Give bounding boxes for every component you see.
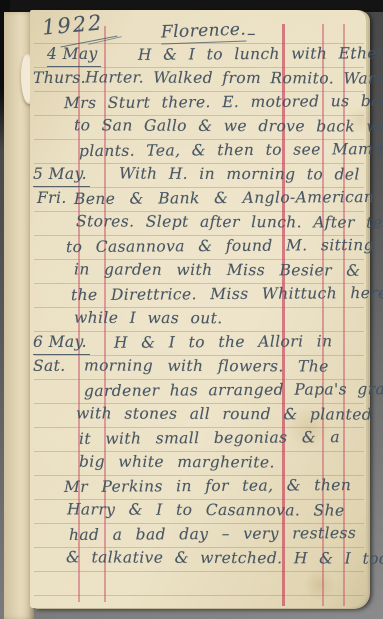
diary-line: had a bad day – very restless (0, 523, 383, 547)
entry-text: With H. in morning to del (119, 162, 360, 186)
diary-line: 5 May. With H. in morning to del (0, 163, 383, 187)
entry-text: while I was out. (74, 307, 223, 331)
diary-line: Stores. Slept after lunch. After tea (0, 211, 383, 235)
diary-line: gardener has arranged Papa's grave (0, 379, 383, 403)
entry-day: Thurs. (33, 67, 86, 90)
diary-line: big white margherite. (0, 451, 383, 475)
entry-text: had a bad day – very restless (69, 522, 356, 547)
page-title: Florence. (161, 20, 247, 45)
entry-text: H & I to lunch with Ethel (138, 42, 382, 67)
entry-text: Harry & I to Casannova. She (67, 498, 345, 522)
entry-text: the Direttrice. Miss Whittuch here (71, 282, 383, 307)
diary-line: to San Gallo & we drove back with (0, 115, 383, 139)
diary-line: plants. Tea, & then to see Mamma. (0, 139, 383, 163)
entry-text: Mr Perkins in for tea, & then (64, 474, 351, 499)
entry-text: morning with flowers. The (84, 354, 329, 378)
entry-date: 6 May. (33, 331, 90, 355)
margin-dot: . (350, 43, 355, 66)
diary-line: Mrs Sturt there. E. motored us back (0, 91, 383, 115)
diary-line: Mr Perkins in for tea, & then (0, 475, 383, 499)
diary-line: Harry & I to Casannova. She (0, 499, 383, 523)
entry-text: it with small begonias & a (79, 426, 340, 451)
entry-text: to Casannova & found M. sitting (66, 234, 374, 259)
entry-day: Fri. (37, 187, 67, 210)
entry-text: to San Gallo & we drove back with (74, 114, 383, 138)
entry-text: Harter. Walked from Romito. Warm. (85, 66, 383, 90)
diary-line: 4 May H & I to lunch with Ethel . (0, 43, 383, 67)
diary-line: with stones all round & planted (0, 403, 383, 427)
photo-of-diary: 1922 Florence. – 4 May H & I to lunch wi… (0, 0, 383, 619)
entry-text: H & I to the Allori in (114, 330, 333, 355)
diary-line: & talkative & wretched. H & I took (0, 547, 383, 571)
entry-text: Stores. Slept after lunch. After tea (76, 210, 383, 234)
diary-line: while I was out. (0, 307, 383, 331)
entry-day: Sat. (33, 355, 66, 378)
entry-text: gardener has arranged Papa's grave (84, 378, 383, 403)
entry-date: 4 May (47, 43, 101, 67)
entry-text: Mrs Sturt there. E. motored us back (64, 90, 383, 115)
entry-text: plants. Tea, & then to see Mamma. (79, 138, 383, 163)
diary-line: the Direttrice. Miss Whittuch here (0, 283, 383, 307)
entry-text: & talkative & wretched. H & I took (66, 546, 383, 570)
diary-text: 4 May H & I to lunch with Ethel . Thurs.… (0, 43, 383, 571)
entry-text: Bene & Bank & Anglo-American (74, 186, 374, 211)
diary-line: Thurs. Harter. Walked from Romito. Warm. (0, 67, 383, 91)
diary-line: Fri. Bene & Bank & Anglo-American (0, 187, 383, 211)
diary-line: to Casannova & found M. sitting (0, 235, 383, 259)
diary-line: Sat. morning with flowers. The (0, 355, 383, 379)
diary-line: in garden with Miss Besier & (0, 259, 383, 283)
diary-line: 6 May. H & I to the Allori in (0, 331, 383, 355)
diary-line: it with small begonias & a (0, 427, 383, 451)
entry-text: big white margherite. (79, 451, 275, 475)
entry-date: 5 May. (33, 163, 90, 187)
entry-text: in garden with Miss Besier & (74, 258, 361, 282)
entry-text: with stones all round & planted (76, 402, 372, 426)
title-dash: – (247, 24, 256, 44)
